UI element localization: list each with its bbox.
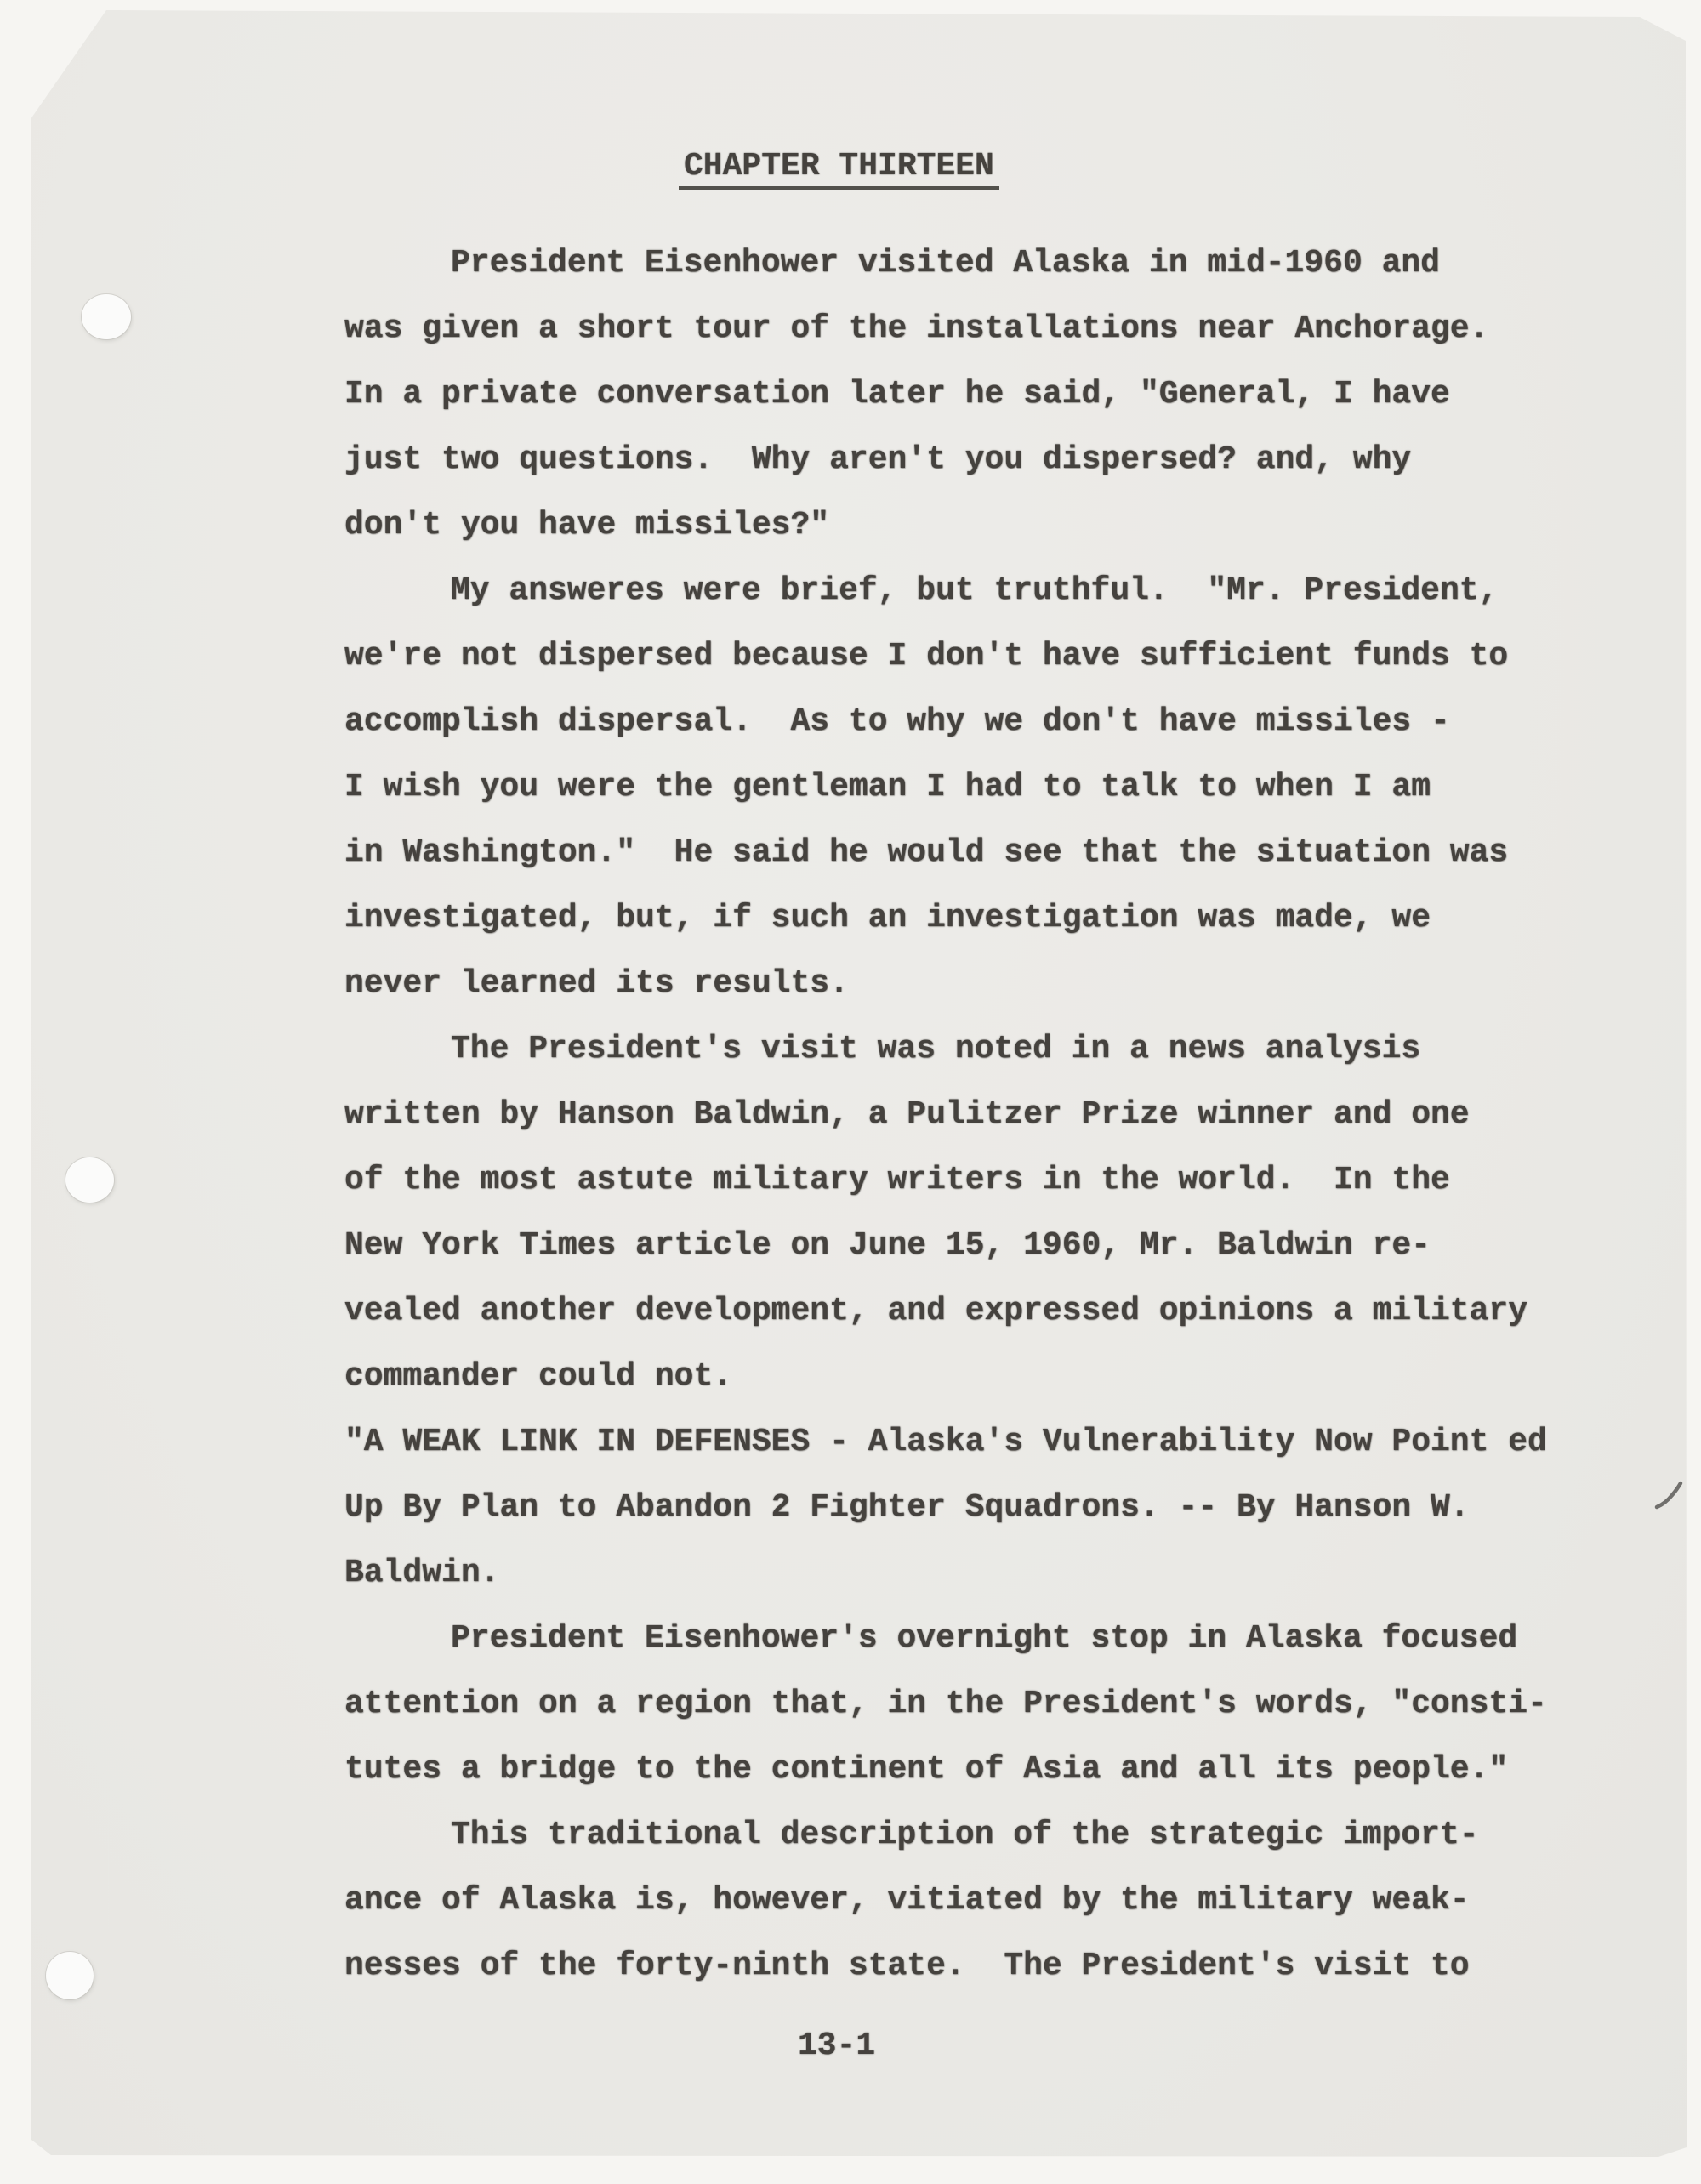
- page-number: 13-1: [798, 2028, 875, 2065]
- text-line: of the most astute military writers in t…: [344, 1147, 1620, 1213]
- text-line: accomplish dispersal. As to why we don't…: [344, 689, 1620, 754]
- text-line: Baldwin.: [344, 1540, 1620, 1606]
- text-line: President Eisenhower visited Alaska in m…: [344, 230, 1620, 296]
- text-line: This traditional description of the stra…: [344, 1802, 1620, 1868]
- text-lines: President Eisenhower visited Alaska in m…: [344, 230, 1620, 1999]
- text-line: attention on a region that, in the Presi…: [344, 1671, 1620, 1737]
- text-line: In a private conversation later he said,…: [344, 361, 1620, 427]
- text-line: New York Times article on June 15, 1960,…: [344, 1213, 1620, 1278]
- text-line: in Washington." He said he would see tha…: [344, 820, 1620, 885]
- text-line: was given a short tour of the installati…: [344, 296, 1620, 361]
- text-line: Up By Plan to Abandon 2 Fighter Squadron…: [344, 1475, 1620, 1540]
- text-line: nesses of the forty-ninth state. The Pre…: [344, 1933, 1620, 1999]
- text-line: ance of Alaska is, however, vitiated by …: [344, 1868, 1620, 1933]
- text-line: vealed another development, and expresse…: [344, 1278, 1620, 1344]
- chapter-title: CHAPTER THIRTEEN: [679, 148, 999, 190]
- pen-mark: [1653, 1476, 1691, 1514]
- punch-hole: [46, 1952, 94, 1999]
- text-line: My answeres were brief, but truthful. "M…: [344, 558, 1620, 623]
- scanned-page: CHAPTER THIRTEEN President Eisenhower vi…: [0, 0, 1701, 2184]
- text-line: tutes a bridge to the continent of Asia …: [344, 1737, 1620, 1802]
- text-line: we're not dispersed because I don't have…: [344, 623, 1620, 689]
- text-line: "A WEAK LINK IN DEFENSES - Alaska's Vuln…: [344, 1409, 1620, 1475]
- text-line: The President's visit was noted in a new…: [344, 1016, 1620, 1082]
- text-line: commander could not.: [344, 1344, 1620, 1409]
- punch-hole: [82, 294, 131, 339]
- text-line: don't you have missiles?": [344, 492, 1620, 558]
- punch-hole: [65, 1157, 114, 1203]
- text-line: I wish you were the gentleman I had to t…: [344, 754, 1620, 820]
- text-line: written by Hanson Baldwin, a Pulitzer Pr…: [344, 1082, 1620, 1147]
- text-line: never learned its results.: [344, 951, 1620, 1016]
- text-line: investigated, but, if such an investigat…: [344, 885, 1620, 951]
- text-line: President Eisenhower's overnight stop in…: [344, 1606, 1620, 1671]
- text-line: just two questions. Why aren't you dispe…: [344, 427, 1620, 492]
